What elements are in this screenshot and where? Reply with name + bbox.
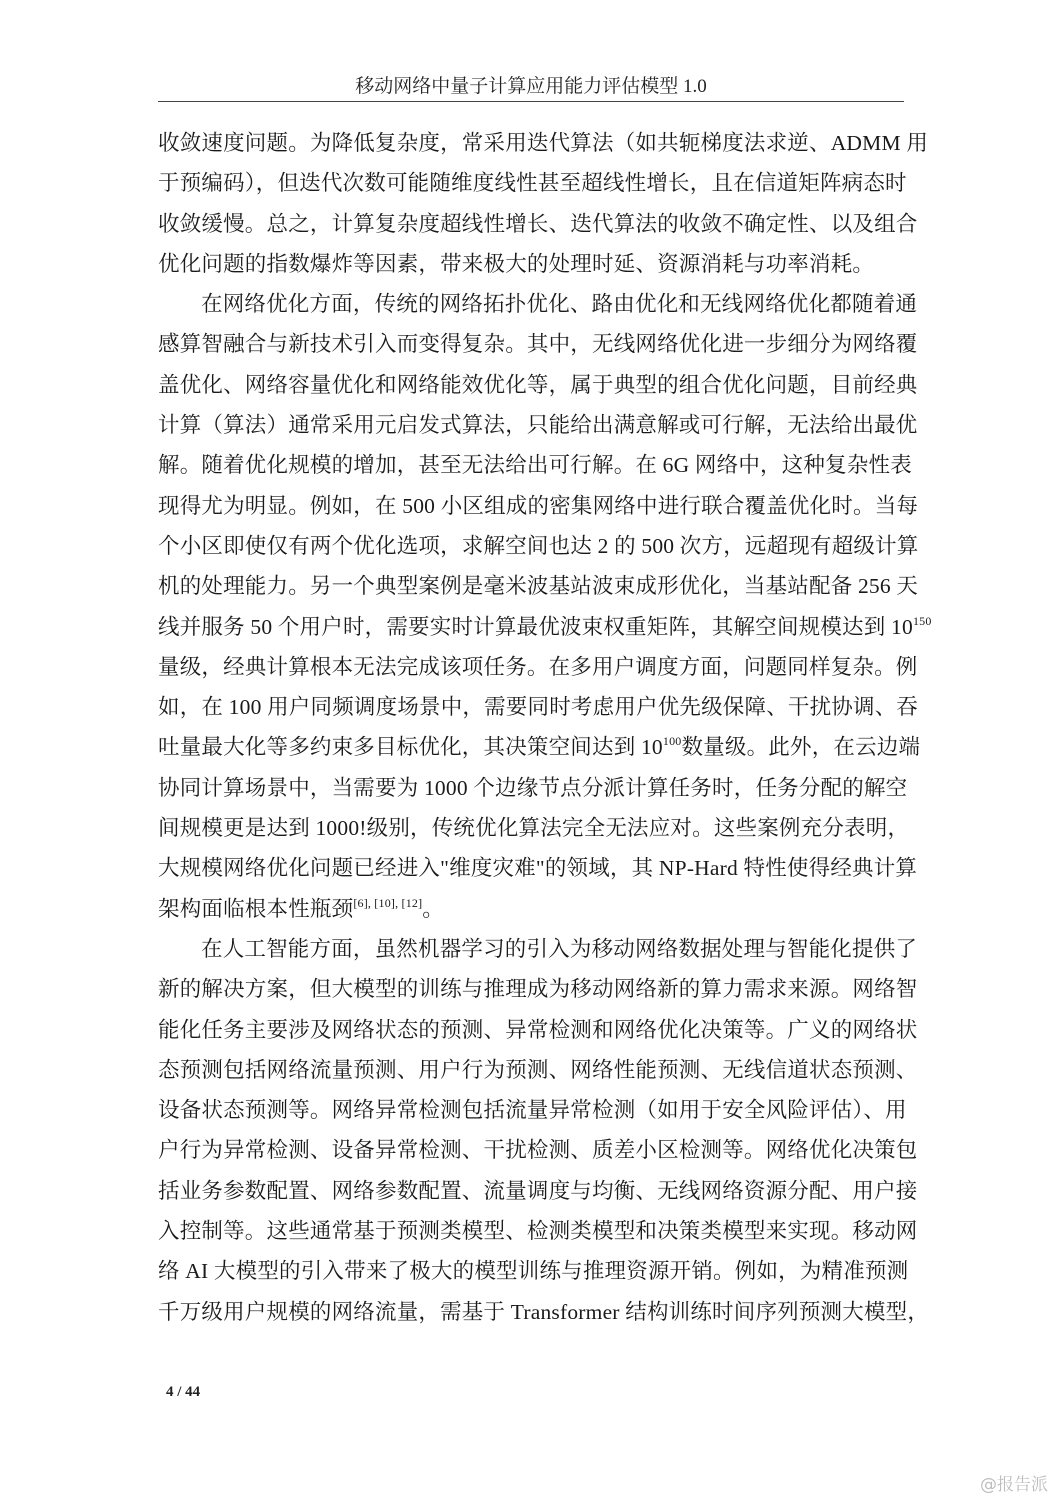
text-line: 收敛缓慢。总之，计算复杂度超线性增长、迭代算法的收敛不确定性、以及组合 bbox=[158, 204, 904, 244]
header-divider bbox=[158, 101, 904, 102]
text-line: 在人工智能方面，虽然机器学习的引入为移动网络数据处理与智能化提供了 bbox=[158, 929, 904, 969]
text-line: 优化问题的指数爆炸等因素，带来极大的处理时延、资源消耗与功率消耗。 bbox=[158, 244, 904, 284]
text-line-with-citation: 架构面临根本性瓶颈[6], [10], [12]。 bbox=[158, 889, 904, 929]
text-line: 设备状态预测等。网络异常检测包括流量异常检测（如用于安全风险评估）、用 bbox=[158, 1090, 904, 1130]
text-line: 盖优化、网络容量优化和网络能效优化等，属于典型的组合优化问题，目前经典 bbox=[158, 365, 904, 405]
text-line: 机的处理能力。另一个典型案例是毫米波基站波束成形优化，当基站配备 256 天 bbox=[158, 566, 904, 606]
line-text: 吐量最大化等多约束多目标优化，其决策空间达到 10 bbox=[158, 735, 663, 759]
text-line: 在网络优化方面，传统的网络拓扑优化、路由优化和无线网络优化都随着通 bbox=[158, 284, 904, 324]
text-line: 括业务参数配置、网络参数配置、流量调度与均衡、无线网络资源分配、用户接 bbox=[158, 1171, 904, 1211]
text-line: 感算智融合与新技术引入而变得复杂。其中，无线网络优化进一步细分为网络覆 bbox=[158, 324, 904, 364]
text-line: 收敛速度问题。为降低复杂度，常采用迭代算法（如共轭梯度法求逆、ADMM 用 bbox=[158, 123, 904, 163]
text-line: 大规模网络优化问题已经进入"维度灾难"的领域，其 NP-Hard 特性使得经典计… bbox=[158, 848, 904, 888]
paragraph: 在网络优化方面，传统的网络拓扑优化、路由优化和无线网络优化都随着通 感算智融合与… bbox=[158, 284, 904, 929]
running-header-title: 移动网络中量子计算应用能力评估模型 1.0 bbox=[158, 74, 904, 100]
line-text-tail: 。 bbox=[422, 897, 444, 921]
paragraph: 在人工智能方面，虽然机器学习的引入为移动网络数据处理与智能化提供了 新的解决方案… bbox=[158, 929, 904, 1332]
line-text: 线并服务 50 个用户时，需要实时计算最优波束权重矩阵，其解空间规模达到 10 bbox=[158, 615, 913, 639]
paragraph: 收敛速度问题。为降低复杂度，常采用迭代算法（如共轭梯度法求逆、ADMM 用 于预… bbox=[158, 123, 904, 284]
text-line: 千万级用户规模的网络流量，需基于 Transformer 结构训练时间序列预测大… bbox=[158, 1292, 904, 1332]
document-body: 收敛速度问题。为降低复杂度，常采用迭代算法（如共轭梯度法求逆、ADMM 用 于预… bbox=[158, 123, 904, 1332]
page-number: 4 / 44 bbox=[166, 1384, 200, 1401]
text-line: 现得尤为明显。例如，在 500 小区组成的密集网络中进行联合覆盖优化时。当每 bbox=[158, 486, 904, 526]
text-line: 解。随着优化规模的增加，甚至无法给出可行解。在 6G 网络中，这种复杂性表 bbox=[158, 445, 904, 485]
watermark: @报告派 bbox=[980, 1470, 1048, 1495]
text-line: 络 AI 大模型的引入带来了极大的模型训练与推理资源开销。例如，为精准预测 bbox=[158, 1251, 904, 1291]
text-line: 个小区即使仅有两个优化选项，求解空间也达 2 的 500 次方，远超现有超级计算 bbox=[158, 526, 904, 566]
exponent: 150 bbox=[913, 614, 932, 628]
text-line: 协同计算场景中，当需要为 1000 个边缘节点分派计算任务时，任务分配的解空 bbox=[158, 768, 904, 808]
text-line: 入控制等。这些通常基于预测类模型、检测类模型和决策类模型来实现。移动网 bbox=[158, 1211, 904, 1251]
exponent: 100 bbox=[663, 734, 682, 748]
text-line: 态预测包括网络流量预测、用户行为预测、网络性能预测、无线信道状态预测、 bbox=[158, 1050, 904, 1090]
text-line: 于预编码），但迭代次数可能随维度线性甚至超线性增长，且在信道矩阵病态时 bbox=[158, 163, 904, 203]
text-line-with-superscript: 吐量最大化等多约束多目标优化，其决策空间达到 10100数量级。此外，在云边端 bbox=[158, 727, 904, 767]
text-line: 如，在 100 用户同频调度场景中，需要同时考虑用户优先级保障、干扰协调、吞 bbox=[158, 687, 904, 727]
text-line: 能化任务主要涉及网络状态的预测、异常检测和网络优化决策等。广义的网络状 bbox=[158, 1010, 904, 1050]
line-text: 架构面临根本性瓶颈 bbox=[158, 897, 353, 921]
text-line: 量级，经典计算根本无法完成该项任务。在多用户调度方面，问题同样复杂。例 bbox=[158, 647, 904, 687]
line-text-tail: 数量级。此外，在云边端 bbox=[682, 735, 921, 759]
text-line: 户行为异常检测、设备异常检测、干扰检测、质差小区检测等。网络优化决策包 bbox=[158, 1130, 904, 1170]
text-line-with-superscript: 线并服务 50 个用户时，需要实时计算最优波束权重矩阵，其解空间规模达到 101… bbox=[158, 607, 904, 647]
text-line: 新的解决方案，但大模型的训练与推理成为移动网络新的算力需求来源。网络智 bbox=[158, 969, 904, 1009]
text-line: 间规模更是达到 1000!级别，传统优化算法完全无法应对。这些案例充分表明， bbox=[158, 808, 904, 848]
citation-reference[interactable]: [6], [10], [12] bbox=[353, 896, 422, 910]
text-line: 计算（算法）通常采用元启发式算法，只能给出满意解或可行解，无法给出最优 bbox=[158, 405, 904, 445]
